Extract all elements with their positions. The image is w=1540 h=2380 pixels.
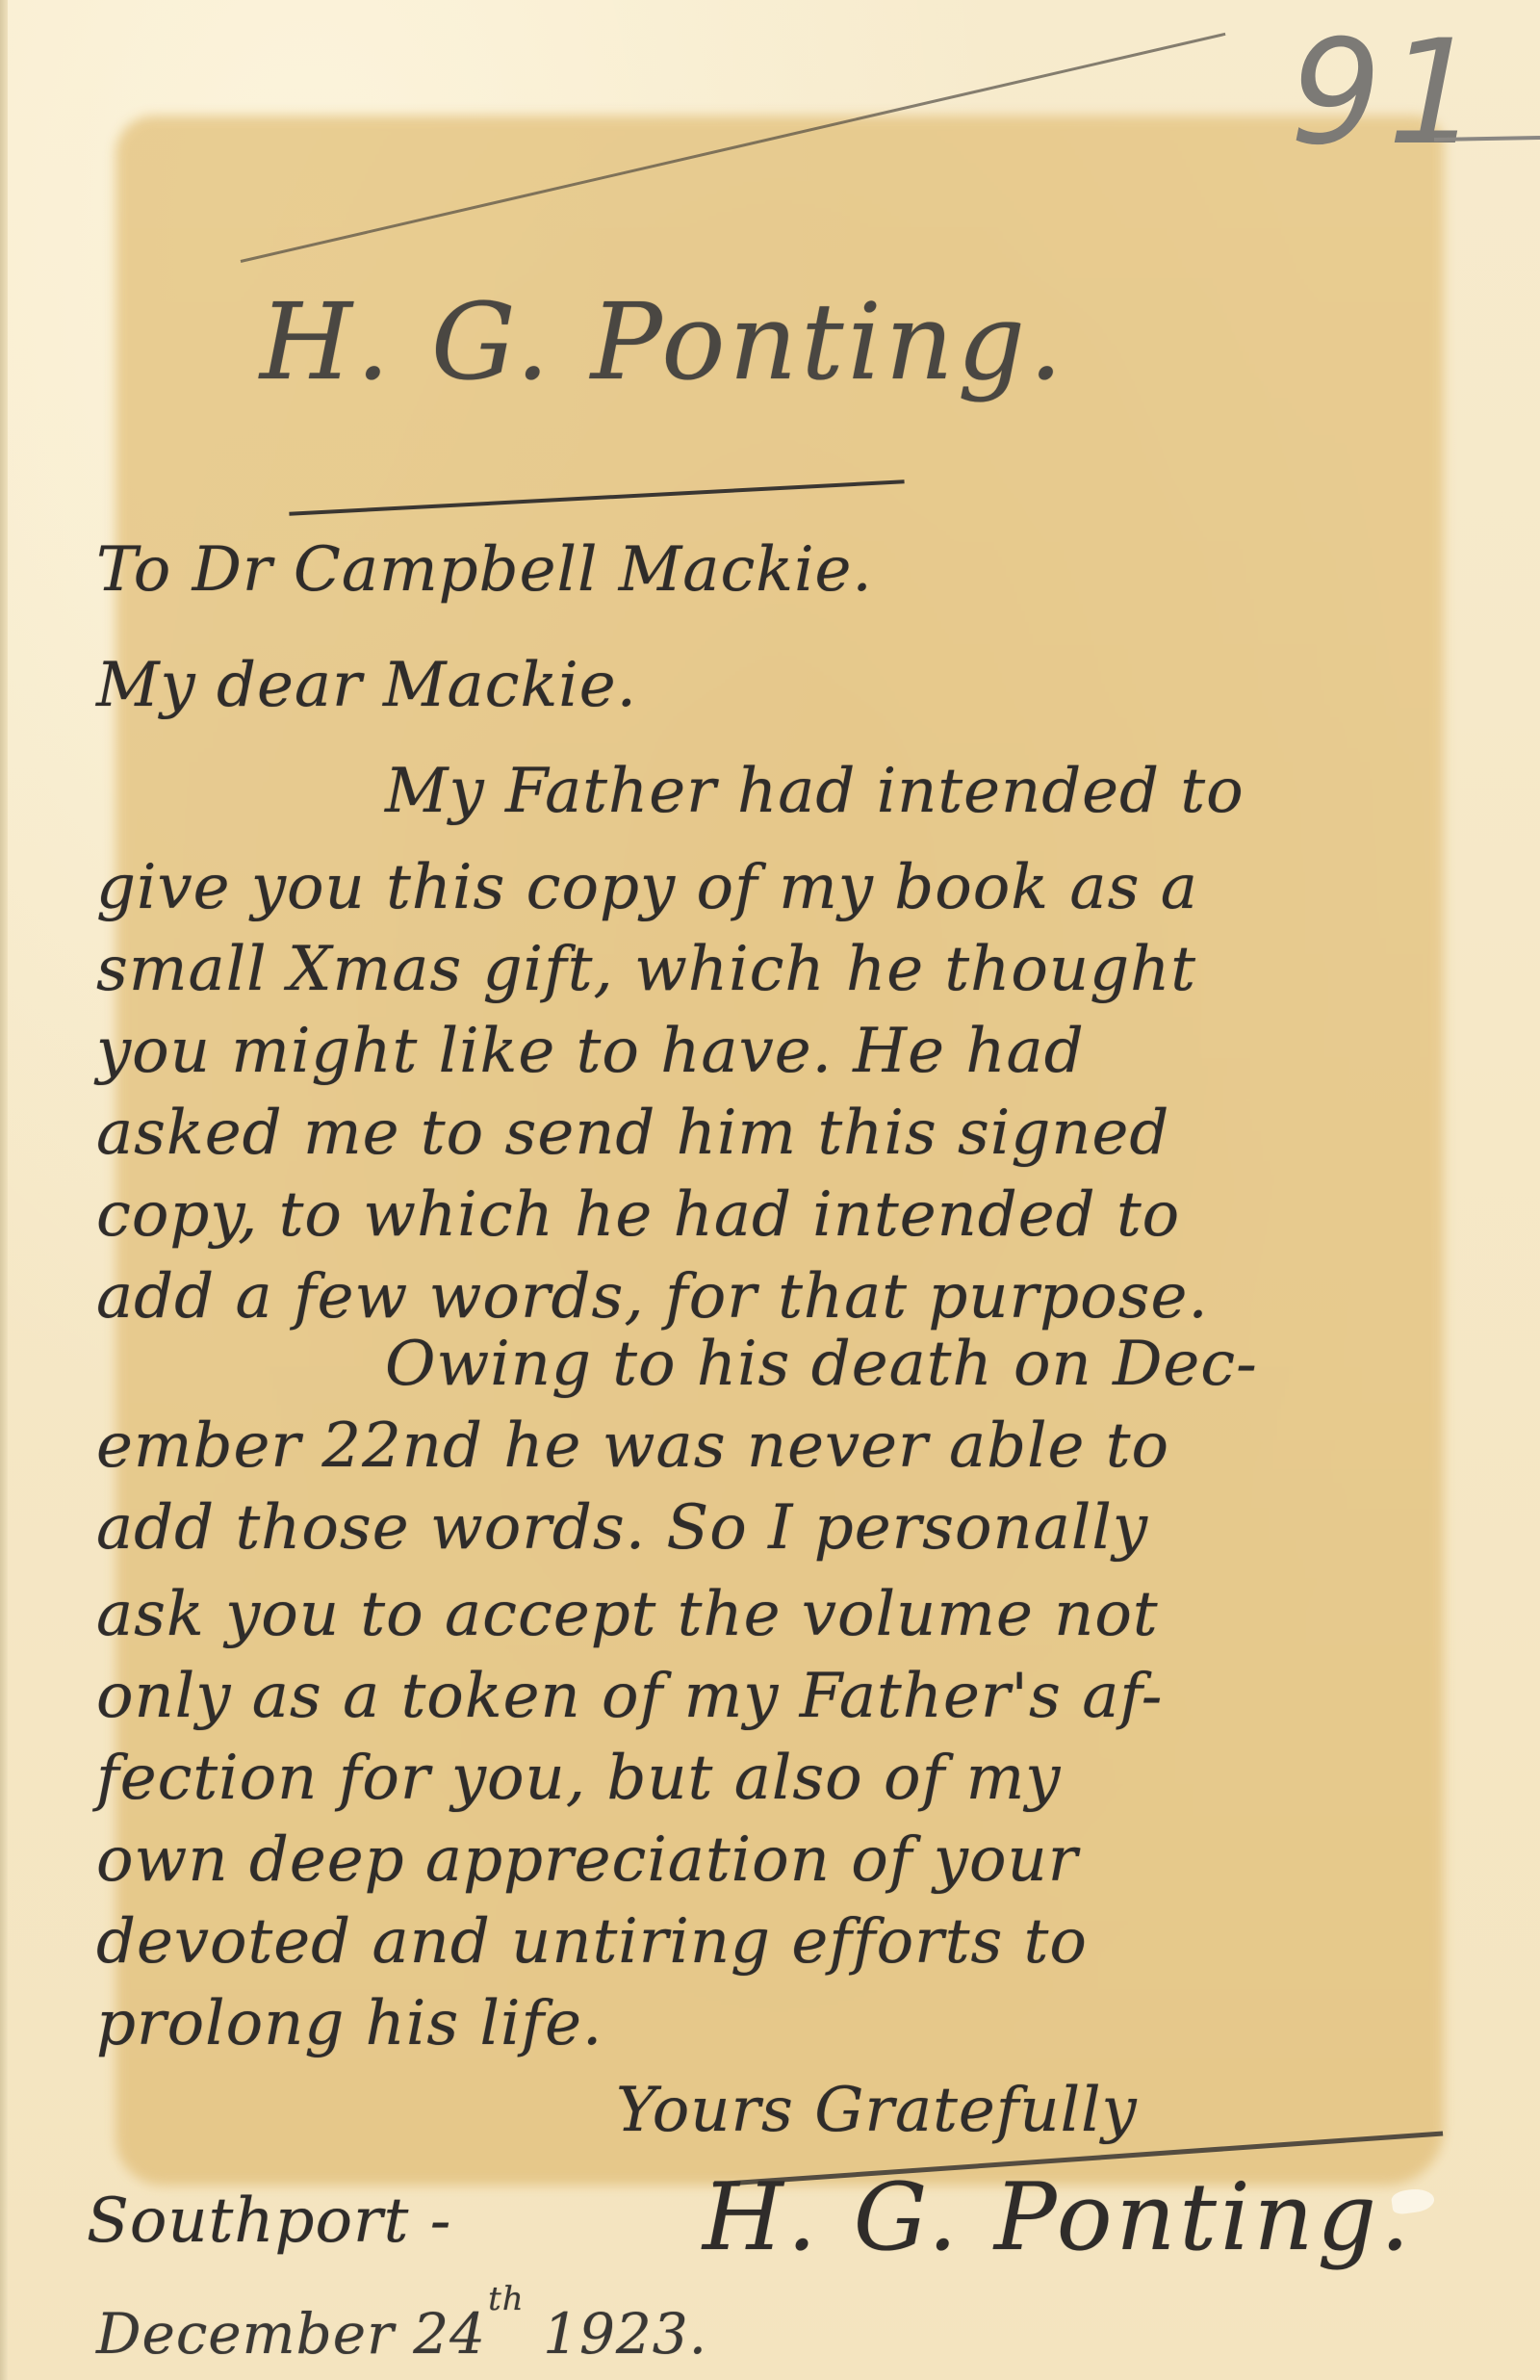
body-line-5: asked me to send him this signed bbox=[96, 1102, 1169, 1164]
letter-content: H. G. Ponting. To Dr Campbell Mackie. My… bbox=[0, 0, 1540, 2380]
body-line-3: small Xmas gift, which he thought bbox=[96, 939, 1196, 1000]
body-line-9: ember 22nd he was never able to bbox=[96, 1415, 1169, 1477]
body-line-16: prolong his life. bbox=[96, 1993, 603, 2055]
recipient-underline bbox=[289, 479, 904, 515]
body-line-2: give you this copy of my book as a bbox=[96, 857, 1198, 918]
body-line-13: fection for you, but also of my bbox=[96, 1747, 1061, 1809]
body-line-15: devoted and untiring efforts to bbox=[96, 1911, 1088, 1973]
body-line-6: copy, to which he had intended to bbox=[96, 1184, 1180, 1246]
date-month: December bbox=[96, 2301, 395, 2367]
date-suffix: th bbox=[488, 2280, 525, 2318]
date-year: 1923. bbox=[543, 2301, 707, 2367]
body-line-10: add those words. So I personally bbox=[96, 1497, 1148, 1559]
recipient-line: To Dr Campbell Mackie. bbox=[96, 539, 873, 601]
signature: H. G. Ponting. bbox=[703, 2171, 1413, 2264]
body-line-11: ask you to accept the volume not bbox=[96, 1584, 1159, 1645]
header-flourish bbox=[241, 33, 1226, 263]
greeting: My dear Mackie. bbox=[96, 655, 637, 716]
body-line-1: My Father had intended to bbox=[385, 761, 1245, 822]
header-signature: H. G. Ponting. bbox=[260, 289, 1066, 395]
date-line: December 24th 1923. bbox=[96, 2306, 707, 2362]
body-line-8: Owing to his death on Dec- bbox=[385, 1333, 1258, 1395]
body-line-7: add a few words, for that purpose. bbox=[96, 1266, 1209, 1328]
closing: Yours Gratefully bbox=[616, 2080, 1138, 2141]
body-line-12: only as a token of my Father's af- bbox=[96, 1666, 1163, 1727]
date-day: 24 bbox=[413, 2301, 486, 2367]
place: Southport - bbox=[87, 2190, 451, 2252]
letter-page: 91 H. G. Ponting. To Dr Campbell Mackie.… bbox=[0, 0, 1540, 2380]
body-line-4: you might like to have. He had bbox=[96, 1021, 1085, 1082]
body-line-14: own deep appreciation of your bbox=[96, 1829, 1078, 1891]
